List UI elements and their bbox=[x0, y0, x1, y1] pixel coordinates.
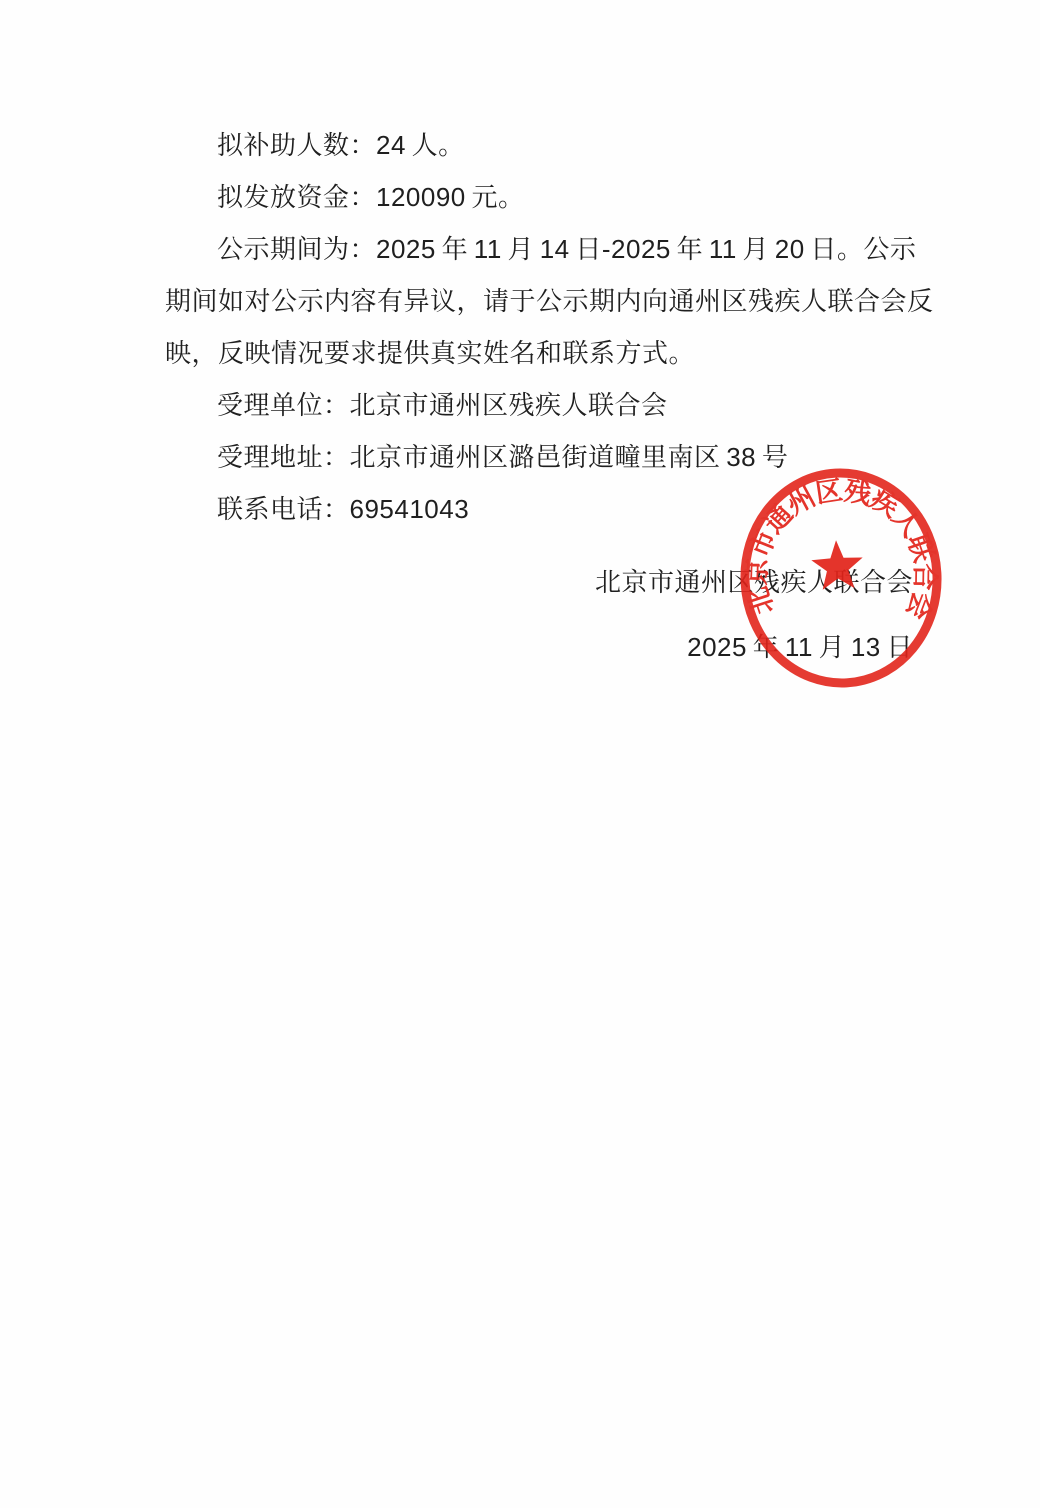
line-publicity-period-3: 映，反映情况要求提供真实姓名和联系方式。 bbox=[165, 327, 935, 379]
line-publicity-period-1: 公示期间为：2025 年 11 月 14 日-2025 年 11 月 20 日。… bbox=[165, 223, 935, 275]
red-star-icon bbox=[810, 539, 864, 590]
line-publicity-period-2: 期间如对公示内容有异议，请于公示期内向通州区残疾人联合会反 bbox=[165, 275, 935, 327]
document-page: 拟补助人数：24 人。 拟发放资金：120090 元。 公示期间为：2025 年… bbox=[0, 0, 1040, 1508]
line-subsidy-headcount: 拟补助人数：24 人。 bbox=[165, 119, 935, 171]
line-accepting-unit: 受理单位：北京市通州区残疾人联合会 bbox=[165, 379, 935, 431]
official-seal-stamp: 北京市通州区残疾人联合会 bbox=[720, 447, 963, 709]
line-grant-amount: 拟发放资金：120090 元。 bbox=[165, 171, 935, 223]
